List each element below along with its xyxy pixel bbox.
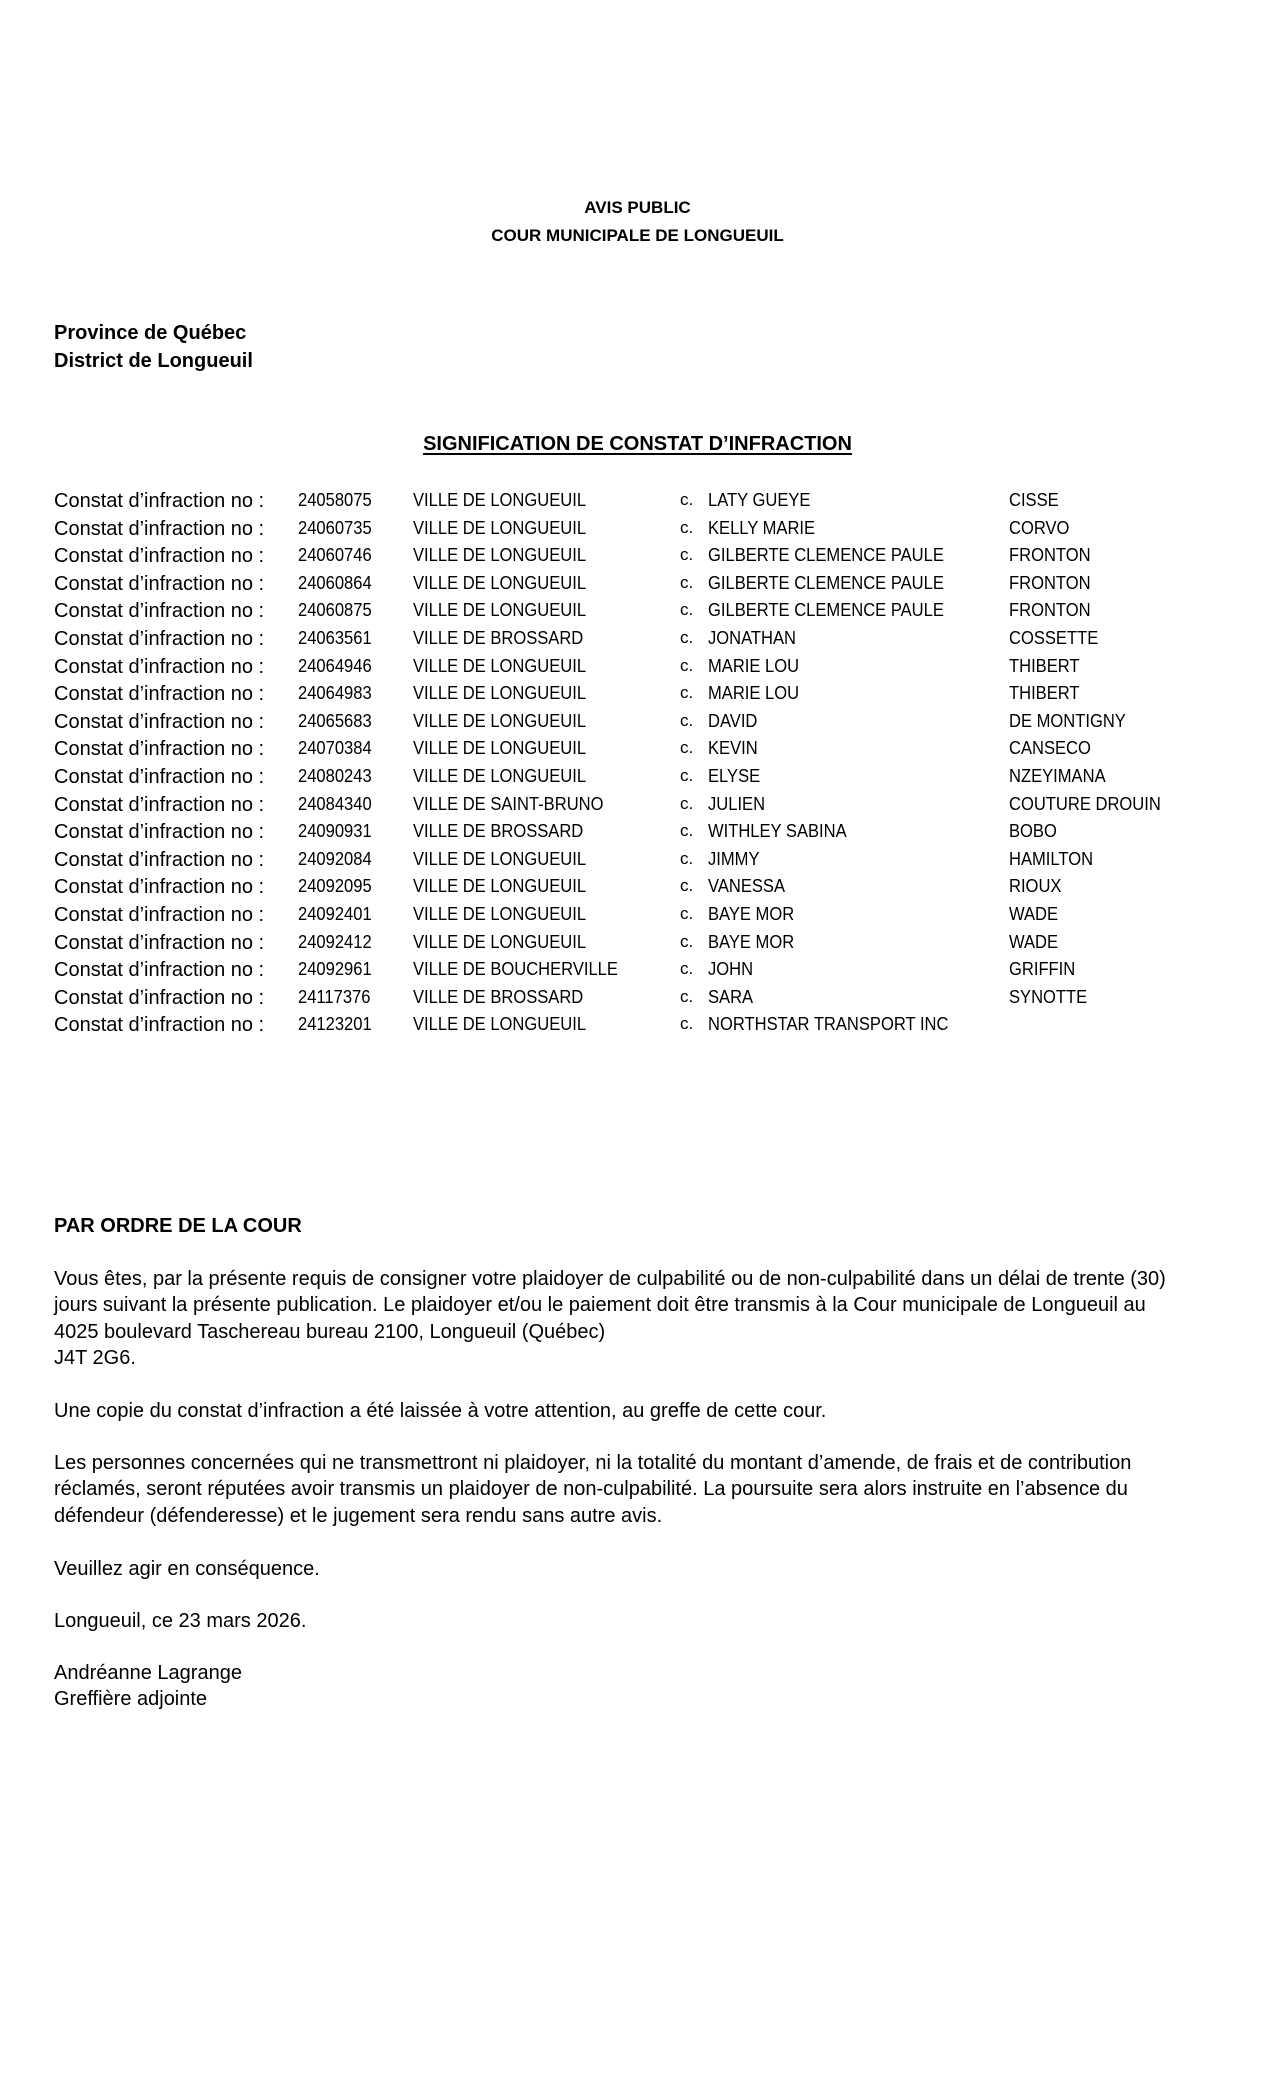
infraction-label: Constat d’infraction no : (54, 738, 264, 761)
paragraph-line: jours suivant la présente publication. L… (54, 1292, 1234, 1318)
prosecuting-city: VILLE DE LONGUEUIL (413, 766, 586, 787)
defendant-first-name: LATY GUEYE (708, 490, 810, 511)
infraction-label: Constat d’infraction no : (54, 711, 264, 734)
defendant-last-name: RIOUX (1009, 876, 1061, 897)
paragraph-line: J4T 2G6. (54, 1345, 1234, 1371)
infraction-label: Constat d’infraction no : (54, 573, 264, 596)
defendant-last-name: FRONTON (1009, 600, 1091, 621)
versus-marker: c. (680, 821, 693, 841)
court-name: COUR MUNICIPALE DE LONGUEUIL (0, 226, 1275, 246)
infraction-number: 24123201 (298, 1014, 372, 1035)
paragraph-act-accordingly: Veuillez agir en conséquence. (54, 1556, 1234, 1582)
defendant-first-name: GILBERTE CLEMENCE PAULE (708, 600, 944, 621)
infraction-label: Constat d’infraction no : (54, 628, 264, 651)
district-label: District de Longueuil (54, 350, 253, 373)
prosecuting-city: VILLE DE BROSSARD (413, 821, 583, 842)
defendant-last-name: CORVO (1009, 518, 1069, 539)
infraction-number: 24060746 (298, 545, 372, 566)
versus-marker: c. (680, 545, 693, 565)
infraction-label: Constat d’infraction no : (54, 876, 264, 899)
defendant-first-name: SARA (708, 987, 753, 1008)
defendant-last-name: FRONTON (1009, 545, 1091, 566)
infraction-label: Constat d’infraction no : (54, 656, 264, 679)
prosecuting-city: VILLE DE BROSSARD (413, 987, 583, 1008)
table-row: Constat d’infraction no :24084340VILLE D… (54, 794, 1254, 822)
defendant-last-name: BOBO (1009, 821, 1057, 842)
defendant-last-name: NZEYIMANA (1009, 766, 1106, 787)
defendant-first-name: BAYE MOR (708, 932, 794, 953)
public-notice-page: AVIS PUBLIC COUR MUNICIPALE DE LONGUEUIL… (0, 0, 1275, 2100)
defendant-last-name: GRIFFIN (1009, 959, 1075, 980)
infractions-table: Constat d’infraction no :24058075VILLE D… (54, 490, 1254, 1042)
versus-marker: c. (680, 987, 693, 1007)
table-row: Constat d’infraction no :24064946VILLE D… (54, 656, 1254, 684)
prosecuting-city: VILLE DE SAINT-BRUNO (413, 794, 603, 815)
table-row: Constat d’infraction no :24060746VILLE D… (54, 545, 1254, 573)
prosecuting-city: VILLE DE LONGUEUIL (413, 1014, 586, 1035)
table-row: Constat d’infraction no :24092401VILLE D… (54, 904, 1254, 932)
defendant-first-name: DAVID (708, 711, 757, 732)
table-row: Constat d’infraction no :24123201VILLE D… (54, 1014, 1254, 1042)
infraction-label: Constat d’infraction no : (54, 849, 264, 872)
table-row: Constat d’infraction no :24092412VILLE D… (54, 932, 1254, 960)
prosecuting-city: VILLE DE LONGUEUIL (413, 656, 586, 677)
table-row: Constat d’infraction no :24092084VILLE D… (54, 849, 1254, 877)
defendant-last-name: HAMILTON (1009, 849, 1093, 870)
versus-marker: c. (680, 738, 693, 758)
defendant-last-name: CISSE (1009, 490, 1059, 511)
prosecuting-city: VILLE DE LONGUEUIL (413, 600, 586, 621)
prosecuting-city: VILLE DE LONGUEUIL (413, 683, 586, 704)
infraction-number: 24060864 (298, 573, 372, 594)
date-line: Longueuil, ce 23 mars 2026. (54, 1608, 1234, 1634)
defendant-first-name: GILBERTE CLEMENCE PAULE (708, 545, 944, 566)
table-row: Constat d’infraction no :24080243VILLE D… (54, 766, 1254, 794)
versus-marker: c. (680, 656, 693, 676)
table-row: Constat d’infraction no :24060735VILLE D… (54, 518, 1254, 546)
paragraph-line: réclamés, seront réputées avoir transmis… (54, 1476, 1234, 1502)
infraction-label: Constat d’infraction no : (54, 821, 264, 844)
table-row: Constat d’infraction no :24090931VILLE D… (54, 821, 1254, 849)
table-row: Constat d’infraction no :24065683VILLE D… (54, 711, 1254, 739)
table-row: Constat d’infraction no :24064983VILLE D… (54, 683, 1254, 711)
defendant-first-name: VANESSA (708, 876, 785, 897)
infraction-label: Constat d’infraction no : (54, 904, 264, 927)
versus-marker: c. (680, 1014, 693, 1034)
versus-marker: c. (680, 959, 693, 979)
defendant-first-name: MARIE LOU (708, 683, 799, 704)
table-row: Constat d’infraction no :24092961VILLE D… (54, 959, 1254, 987)
infraction-number: 24065683 (298, 711, 372, 732)
prosecuting-city: VILLE DE LONGUEUIL (413, 738, 586, 759)
infraction-number: 24064946 (298, 656, 372, 677)
table-row: Constat d’infraction no :24060864VILLE D… (54, 573, 1254, 601)
versus-marker: c. (680, 600, 693, 620)
paragraph-copy-notice: Une copie du constat d’infraction a été … (54, 1398, 1234, 1424)
infraction-number: 24092401 (298, 904, 372, 925)
infraction-label: Constat d’infraction no : (54, 959, 264, 982)
infraction-number: 24070384 (298, 738, 372, 759)
table-row: Constat d’infraction no :24058075VILLE D… (54, 490, 1254, 518)
defendant-last-name: SYNOTTE (1009, 987, 1087, 1008)
defendant-last-name: THIBERT (1009, 683, 1080, 704)
order-heading: PAR ORDRE DE LA COUR (54, 1213, 1234, 1239)
defendant-first-name: JOHN (708, 959, 753, 980)
prosecuting-city: VILLE DE LONGUEUIL (413, 490, 586, 511)
infraction-number: 24060875 (298, 600, 372, 621)
paragraph-line: 4025 boulevard Taschereau bureau 2100, L… (54, 1319, 1234, 1345)
prosecuting-city: VILLE DE LONGUEUIL (413, 849, 586, 870)
versus-marker: c. (680, 628, 693, 648)
defendant-first-name: GILBERTE CLEMENCE PAULE (708, 573, 944, 594)
defendant-last-name: THIBERT (1009, 656, 1080, 677)
infraction-number: 24090931 (298, 821, 372, 842)
signature-block: Andréanne Lagrange Greffière adjointe (54, 1660, 1234, 1713)
defendant-last-name: COUTURE DROUIN (1009, 794, 1161, 815)
paragraph-plea-instructions: Vous êtes, par la présente requis de con… (54, 1266, 1234, 1371)
defendant-first-name: JIMMY (708, 849, 760, 870)
defendant-last-name: COSSETTE (1009, 628, 1098, 649)
defendant-first-name: MARIE LOU (708, 656, 799, 677)
prosecuting-city: VILLE DE LONGUEUIL (413, 904, 586, 925)
defendant-last-name: FRONTON (1009, 573, 1091, 594)
infraction-label: Constat d’infraction no : (54, 987, 264, 1010)
defendant-first-name: NORTHSTAR TRANSPORT INC (708, 1014, 948, 1035)
infraction-label: Constat d’infraction no : (54, 600, 264, 623)
infraction-number: 24063561 (298, 628, 372, 649)
signatory-name: Andréanne Lagrange (54, 1660, 1234, 1686)
table-row: Constat d’infraction no :24063561VILLE D… (54, 628, 1254, 656)
defendant-first-name: JULIEN (708, 794, 765, 815)
infraction-label: Constat d’infraction no : (54, 683, 264, 706)
infraction-number: 24117376 (298, 987, 370, 1008)
defendant-last-name: CANSECO (1009, 738, 1091, 759)
defendant-last-name: WADE (1009, 904, 1058, 925)
defendant-first-name: JONATHAN (708, 628, 796, 649)
infraction-label: Constat d’infraction no : (54, 545, 264, 568)
prosecuting-city: VILLE DE BOUCHERVILLE (413, 959, 618, 980)
versus-marker: c. (680, 490, 693, 510)
section-title: SIGNIFICATION DE CONSTAT D’INFRACTION (0, 433, 1275, 456)
infraction-label: Constat d’infraction no : (54, 490, 264, 513)
prosecuting-city: VILLE DE LONGUEUIL (413, 711, 586, 732)
defendant-first-name: BAYE MOR (708, 904, 794, 925)
table-row: Constat d’infraction no :24117376VILLE D… (54, 987, 1254, 1015)
paragraph-default-consequence: Les personnes concernées qui ne transmet… (54, 1450, 1234, 1529)
infraction-number: 24092084 (298, 849, 372, 870)
prosecuting-city: VILLE DE LONGUEUIL (413, 876, 586, 897)
prosecuting-city: VILLE DE LONGUEUIL (413, 573, 586, 594)
versus-marker: c. (680, 766, 693, 786)
infraction-label: Constat d’infraction no : (54, 766, 264, 789)
versus-marker: c. (680, 794, 693, 814)
signatory-title: Greffière adjointe (54, 1686, 1234, 1712)
defendant-first-name: KELLY MARIE (708, 518, 815, 539)
prosecuting-city: VILLE DE LONGUEUIL (413, 545, 586, 566)
defendant-first-name: WITHLEY SABINA (708, 821, 847, 842)
infraction-label: Constat d’infraction no : (54, 1014, 264, 1037)
infraction-number: 24084340 (298, 794, 372, 815)
infraction-label: Constat d’infraction no : (54, 932, 264, 955)
infraction-label: Constat d’infraction no : (54, 794, 264, 817)
prosecuting-city: VILLE DE LONGUEUIL (413, 932, 586, 953)
infraction-label: Constat d’infraction no : (54, 518, 264, 541)
defendant-last-name: WADE (1009, 932, 1058, 953)
infraction-number: 24092095 (298, 876, 372, 897)
versus-marker: c. (680, 683, 693, 703)
table-row: Constat d’infraction no :24092095VILLE D… (54, 876, 1254, 904)
versus-marker: c. (680, 849, 693, 869)
infraction-number: 24080243 (298, 766, 372, 787)
notice-title: AVIS PUBLIC (0, 198, 1275, 218)
versus-marker: c. (680, 932, 693, 952)
infraction-number: 24058075 (298, 490, 372, 511)
versus-marker: c. (680, 518, 693, 538)
infraction-number: 24060735 (298, 518, 372, 539)
defendant-first-name: KEVIN (708, 738, 758, 759)
infraction-number: 24064983 (298, 683, 372, 704)
paragraph-line: défendeur (défenderesse) et le jugement … (54, 1503, 1234, 1529)
table-row: Constat d’infraction no :24060875VILLE D… (54, 600, 1254, 628)
province-label: Province de Québec (54, 322, 246, 345)
paragraph-line: Les personnes concernées qui ne transmet… (54, 1450, 1234, 1476)
defendant-last-name: DE MONTIGNY (1009, 711, 1126, 732)
versus-marker: c. (680, 876, 693, 896)
infraction-number: 24092412 (298, 932, 372, 953)
paragraph-line: Vous êtes, par la présente requis de con… (54, 1266, 1234, 1292)
prosecuting-city: VILLE DE BROSSARD (413, 628, 583, 649)
defendant-first-name: ELYSE (708, 766, 760, 787)
versus-marker: c. (680, 904, 693, 924)
versus-marker: c. (680, 573, 693, 593)
versus-marker: c. (680, 711, 693, 731)
table-row: Constat d’infraction no :24070384VILLE D… (54, 738, 1254, 766)
infraction-number: 24092961 (298, 959, 372, 980)
prosecuting-city: VILLE DE LONGUEUIL (413, 518, 586, 539)
